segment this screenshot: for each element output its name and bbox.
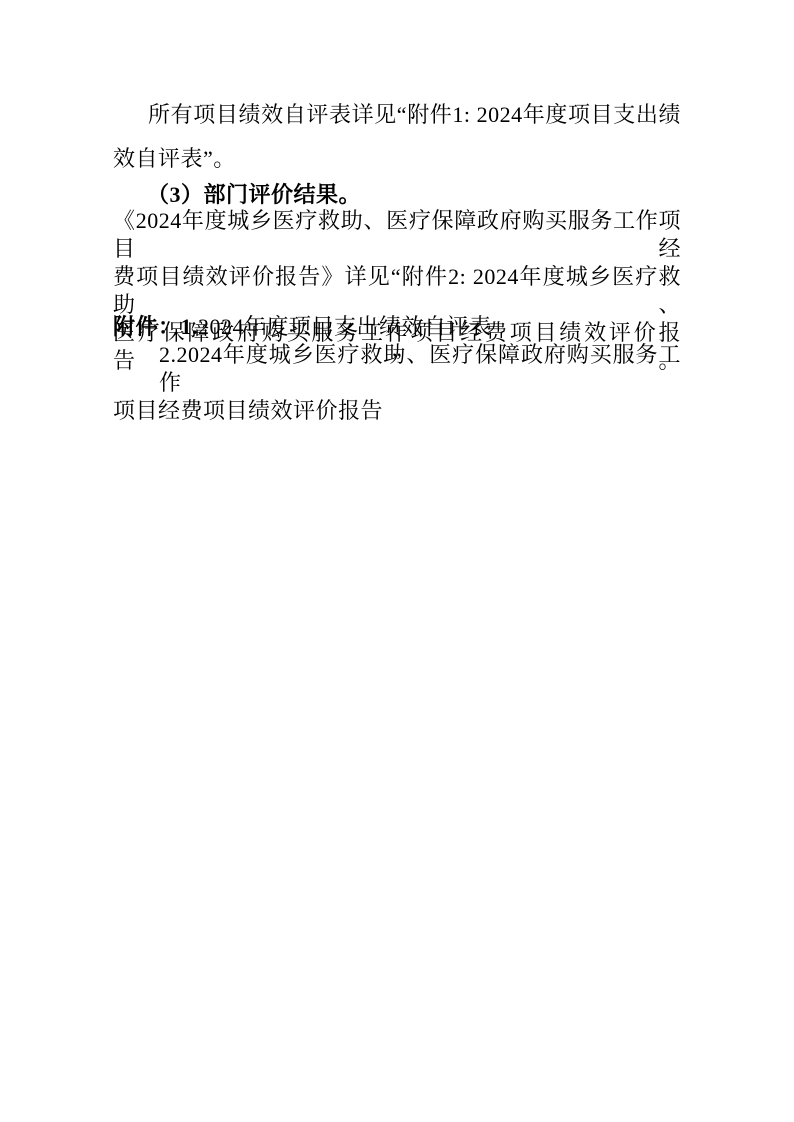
paragraph-self-evaluation: 所有项目绩效自评表详见“附件1: 2024年度项目支出绩 效自评表”。 xyxy=(113,93,681,181)
attachment-item-1-number: 1. xyxy=(181,314,199,339)
paragraph-evaluation-report-line-1: 《2024年度城乡医疗救助、医疗保障政府购买服务工作项目经 xyxy=(113,207,681,263)
attachment-item-2-line-1: 2.2024年度城乡医疗救助、医疗保障政府购买服务工作 xyxy=(113,341,681,397)
attachment-item-2-line-2: 项目经费项目绩效评价报告 xyxy=(113,397,681,425)
attachments-block: 附件：1.2024年度项目支出绩效自评表 2.2024年度城乡医疗救助、医疗保障… xyxy=(113,313,681,425)
attachment-item-1-title: 2024年度项目支出绩效自评表 xyxy=(198,314,492,339)
attachment-item-1: 附件：1.2024年度项目支出绩效自评表 xyxy=(113,313,681,341)
paragraph-evaluation-report-line-2: 费项目绩效评价报告》详见“附件2: 2024年度城乡医疗救助、 xyxy=(113,263,681,319)
attachments-label: 附件： xyxy=(113,314,181,339)
paragraph-self-evaluation-line-2: 效自评表”。 xyxy=(113,137,681,181)
section-heading-department-evaluation: （3）部门评价结果。 xyxy=(113,180,715,210)
attachment-item-2-number: 2. xyxy=(159,342,177,367)
attachment-item-2-title-part-1: 2024年度城乡医疗救助、医疗保障政府购买服务工作 xyxy=(159,342,681,395)
document-page: 所有项目绩效自评表详见“附件1: 2024年度项目支出绩 效自评表”。 （3）部… xyxy=(0,0,794,1122)
paragraph-self-evaluation-line-1: 所有项目绩效自评表详见“附件1: 2024年度项目支出绩 xyxy=(113,93,681,137)
